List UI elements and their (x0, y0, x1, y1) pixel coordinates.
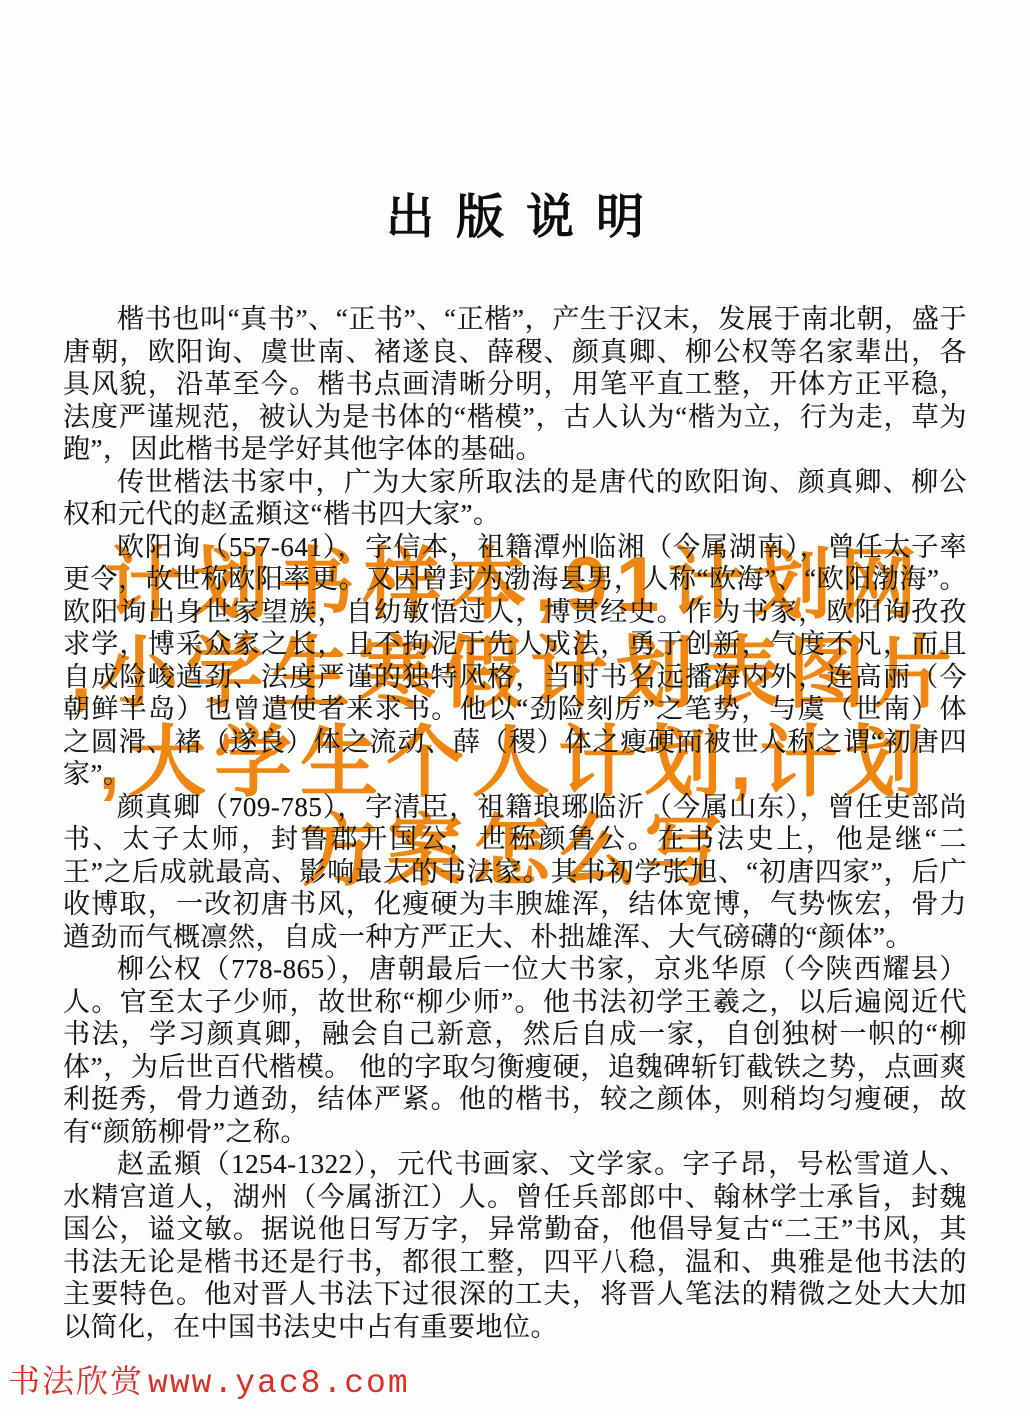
body-paragraph: 楷书也叫“真书”、“正书”、“正楷”，产生于汉末，发展于南北朝，盛于唐朝，欧阳询… (63, 303, 967, 466)
body-text: 楷书也叫“真书”、“正书”、“正楷”，产生于汉末，发展于南北朝，盛于唐朝，欧阳询… (63, 303, 967, 1343)
body-paragraph: 柳公权（778-865），唐朝最后一位大书家，京兆华原（今陕西耀县）人。官至太子… (63, 953, 967, 1148)
body-paragraph: 颜真卿（709-785），字清臣，祖籍琅琊临沂（今属山东），曾任吏部尚书、太子太… (63, 791, 967, 954)
page-title: 出版说明 (0, 0, 1030, 247)
site-watermark: 书法欣赏 www.yac8.com (8, 1356, 410, 1402)
body-paragraph: 欧阳询（557-641），字信本，祖籍潭州临湘（今属湖南），曾任太子率更令，故世… (63, 531, 967, 791)
site-url: www.yac8.com (148, 1365, 410, 1402)
body-paragraph: 传世楷法书家中，广为大家所取法的是唐代的欧阳询、颜真卿、柳公权和元代的赵孟頫这“… (63, 466, 967, 531)
scanned-book-page: 出版说明 楷书也叫“真书”、“正书”、“正楷”，产生于汉末，发展于南北朝，盛于唐… (0, 0, 1030, 1416)
body-paragraph: 赵孟頫（1254-1322），元代书画家、文学家。字子昂，号松雪道人、水精宫道人… (63, 1148, 967, 1343)
site-brand: 书法欣赏 (8, 1363, 144, 1399)
